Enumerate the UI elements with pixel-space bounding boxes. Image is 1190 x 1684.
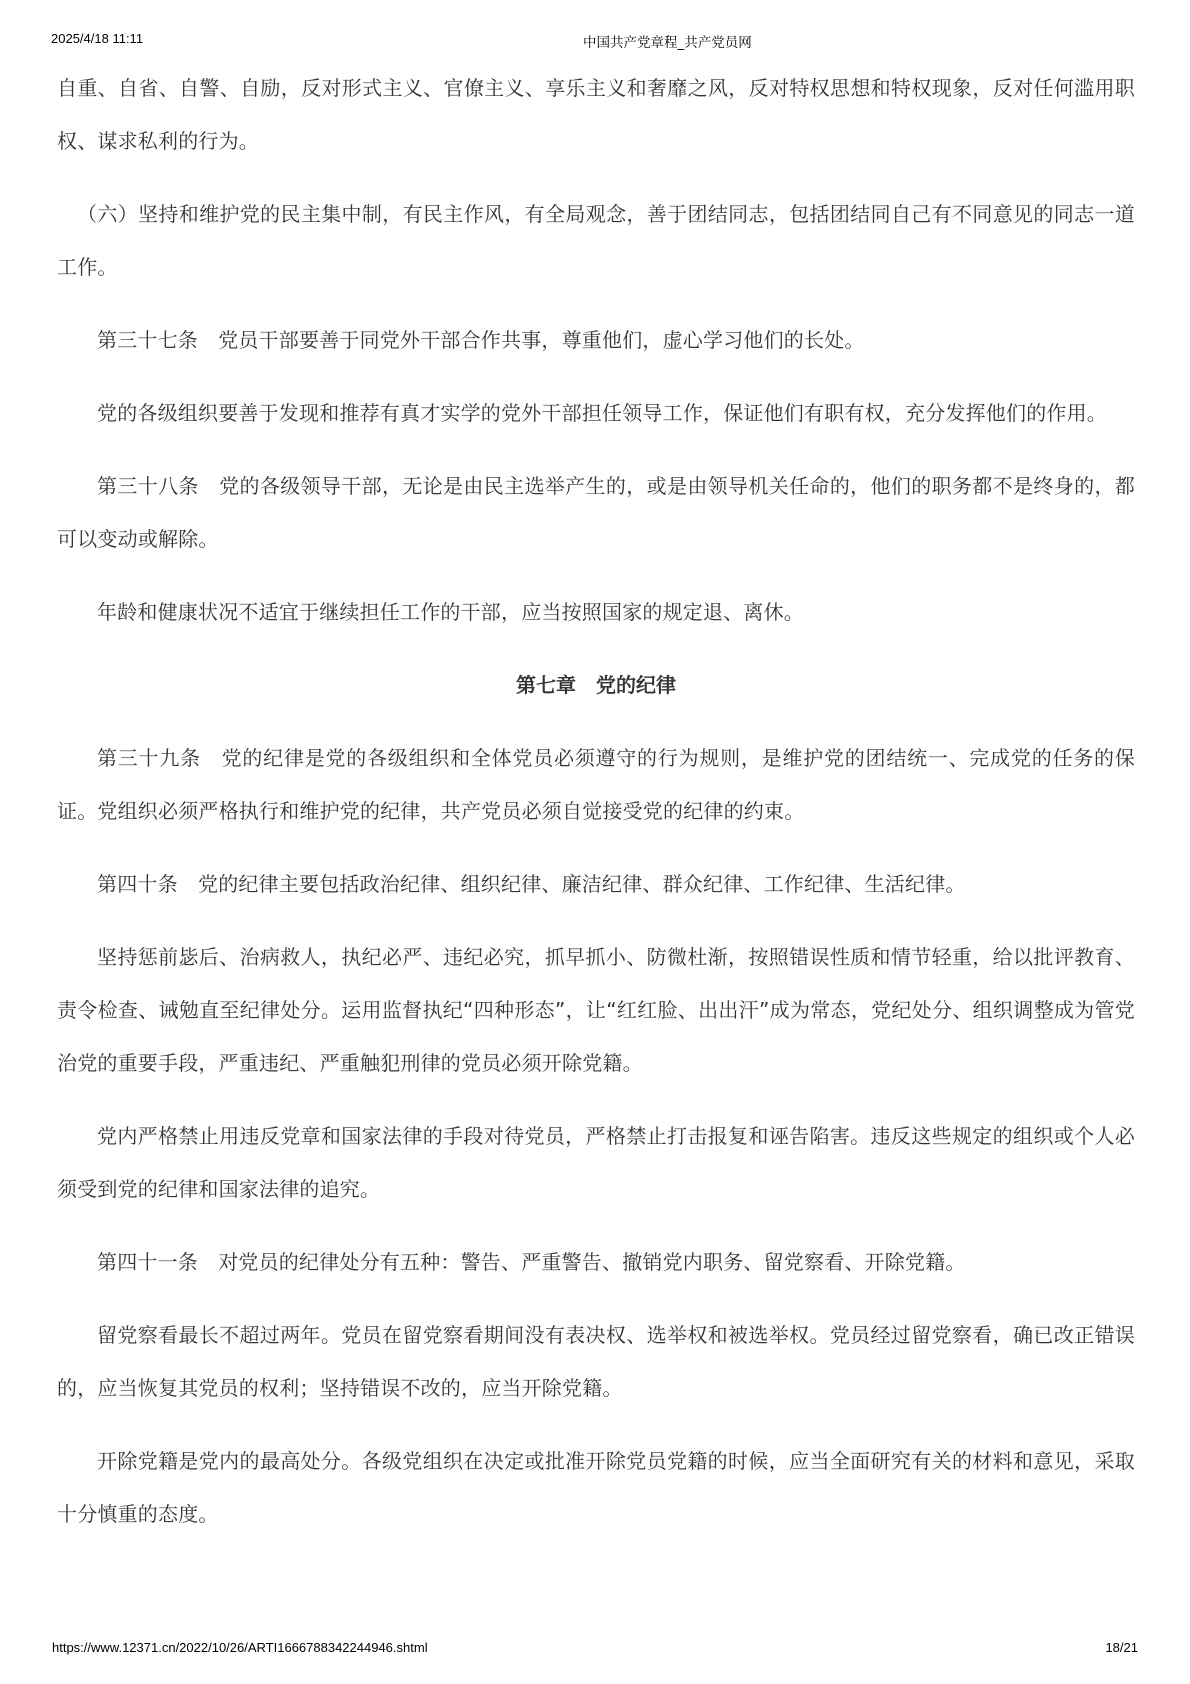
paragraph-body: 留党察看最长不超过两年。党员在留党察看期间没有表决权、选举权和被选举权。党员经过… xyxy=(57,1309,1135,1415)
paragraph-item-six: （六）坚持和维护党的民主集中制，有民主作风，有全局观念，善于团结同志，包括团结同… xyxy=(57,188,1135,294)
article-37: 第三十七条 党员干部要善于同党外干部合作共事，尊重他们，虚心学习他们的长处。 xyxy=(57,314,1135,367)
article-41: 第四十一条 对党员的纪律处分有五种：警告、严重警告、撤销党内职务、留党察看、开除… xyxy=(57,1236,1135,1289)
paragraph-body: 党内严格禁止用违反党章和国家法律的手段对待党员，严格禁止打击报复和诬告陷害。违反… xyxy=(57,1110,1135,1216)
document-title: 中国共产党章程_共产党员网 xyxy=(583,31,752,51)
page-url: https://www.12371.cn/2022/10/26/ARTI1666… xyxy=(52,1640,428,1655)
paragraph-continuation: 自重、自省、自警、自励，反对形式主义、官僚主义、享乐主义和奢靡之风，反对特权思想… xyxy=(57,62,1135,168)
chapter-heading: 第七章 党的纪律 xyxy=(57,659,1135,712)
print-header: 2025/4/18 11:11 中国共产党章程_共产党员网 xyxy=(0,31,1190,51)
paragraph-body: 开除党籍是党内的最高处分。各级党组织在决定或批准开除党员党籍的时候，应当全面研究… xyxy=(57,1435,1135,1541)
print-datetime: 2025/4/18 11:11 xyxy=(51,31,143,46)
paragraph-body: 坚持惩前毖后、治病救人，执纪必严、违纪必究，抓早抓小、防微杜渐，按照错误性质和情… xyxy=(57,931,1135,1090)
page-number: 18/21 xyxy=(1105,1640,1138,1655)
article-38: 第三十八条 党的各级领导干部，无论是由民主选举产生的，或是由领导机关任命的，他们… xyxy=(57,460,1135,566)
paragraph-body: 年龄和健康状况不适宜于继续担任工作的干部，应当按照国家的规定退、离休。 xyxy=(57,586,1135,639)
document-body: 自重、自省、自警、自励，反对形式主义、官僚主义、享乐主义和奢靡之风，反对特权思想… xyxy=(57,62,1135,1561)
article-39: 第三十九条 党的纪律是党的各级组织和全体党员必须遵守的行为规则，是维护党的团结统… xyxy=(57,732,1135,838)
paragraph-body: 党的各级组织要善于发现和推荐有真才实学的党外干部担任领导工作，保证他们有职有权，… xyxy=(57,387,1135,440)
article-40: 第四十条 党的纪律主要包括政治纪律、组织纪律、廉洁纪律、群众纪律、工作纪律、生活… xyxy=(57,858,1135,911)
print-footer: https://www.12371.cn/2022/10/26/ARTI1666… xyxy=(0,1640,1190,1660)
